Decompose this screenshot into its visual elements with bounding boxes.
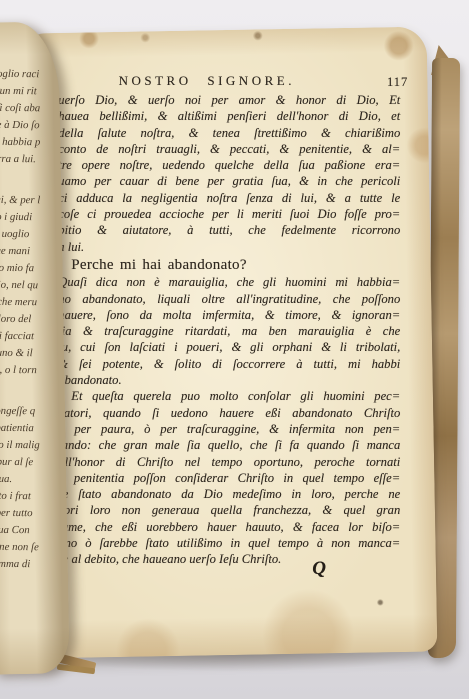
text-line: ogniun mi rit [0, 83, 66, 101]
text-line: all'honor di Chriſto nel tempo oportuno,… [58, 454, 400, 470]
text-line: hauea bellißimi, & altißimi penſieri del… [58, 108, 400, 124]
text-line: re ſtato abandonato da Dio medeſimo in l… [58, 486, 400, 502]
text-line: della ſalute noſtra, & tenea ſtrettißimo… [58, 125, 400, 141]
text-line: uoi [0, 573, 62, 591]
text-line: L [0, 49, 67, 67]
text-line: lle tue mani [0, 243, 65, 261]
text-line: Patiene non ſe [0, 539, 62, 557]
text-line: gno ò ſarebbe ſtato utilißimo in quel te… [58, 535, 400, 551]
text-line: re al debito, che haueano uerſo Ieſu Chr… [58, 551, 400, 567]
text-line: quelche meru [0, 294, 65, 312]
text-line: a lui. [58, 239, 400, 255]
text-line: lume, che eßi uorebbero hauer hauuto, & … [58, 519, 400, 535]
page-number: 117 [387, 74, 408, 90]
text-line: cori loro non generaua quella franchezza… [58, 502, 400, 518]
text-line: Quaſi dica non è marauiglia, che gli huo… [58, 274, 400, 290]
text-line: a azongeſſe q [0, 403, 64, 421]
text-line: to mio, nel qu [0, 277, 65, 295]
printed-text-block: NOSTRO SIGNORE. 117 uerſo Dio, & uerſo n… [58, 73, 400, 568]
text-line: ricorra a lui. [0, 151, 66, 169]
book-page: NOSTRO SIGNORE. 117 uerſo Dio, & uerſo n… [25, 27, 438, 659]
text-line: Ieſu pur al ſe [0, 454, 63, 472]
text-line: ò per paura, ò per traſcuraggine, & infe… [58, 421, 400, 437]
text-line: tre opere noſtre, uedendo quelche della … [58, 157, 400, 173]
text-line: o gli habbia p [0, 134, 66, 152]
previous-page-text-fragments: Lai uoglio raciogniun mi ritndoſi coſi a… [0, 49, 67, 591]
text-line: ndoſi coſi aba [0, 100, 66, 118]
text-line: donato i frat [0, 488, 63, 506]
running-head: NOSTRO SIGNORE. 117 [58, 73, 400, 92]
paragraph-1: uerſo Dio, & uerſo noi per amor & honor … [58, 92, 400, 255]
text-line: i miei, & per l [0, 192, 66, 210]
text-line: hauere, ſono da molta imfermita, & timor… [58, 307, 400, 323]
text-line: l'empatientia [0, 420, 64, 438]
text-line: abandonato. [58, 372, 400, 388]
text-line: andaua. [0, 471, 63, 489]
text-line: conto de noſtri trauagli, & peccati, & p… [58, 141, 400, 157]
text-line: ai uoglio raci [0, 66, 67, 84]
paragraph-2: Quaſi dica non è marauiglia, che gli huo… [58, 274, 400, 388]
signature-mark-q: Q [312, 561, 326, 577]
text-line: uerſo Dio, & uerſo noi per amor & honor … [58, 92, 400, 108]
text-line: corpo mio fa [0, 260, 65, 278]
text-line: on ſomma di [0, 556, 62, 574]
paragraph-3: Et queſta querela puo molto conſolar gli… [58, 388, 400, 567]
text-line: o. Io uoglio [0, 226, 65, 244]
text-line [0, 379, 64, 404]
book-photo: NOSTRO SIGNORE. 117 uerſo Dio, & uerſo n… [0, 0, 469, 699]
text-line: andaua Con [0, 522, 63, 540]
text-line: coſe ci prouedea accioche per li meriti … [58, 206, 400, 222]
text-line: che ſi facciat [0, 328, 64, 346]
text-line: no abandonato, liquali oltre all'ingrati… [58, 291, 400, 307]
text-line: pitio & aiutatore, à tutti, che fedelmen… [58, 222, 400, 238]
text-line: rrere à Dio ſo [0, 117, 66, 135]
text-line: aua per tutto [0, 505, 63, 523]
text-line: Et queſta querela puo molto conſolar gli… [58, 388, 400, 404]
text-line: & ſei potente, & ſolito di ſoccorrere à … [58, 356, 400, 372]
text-line: tu, cui ſon laſciati i poueri, & gli orp… [58, 339, 400, 355]
text-line: ſiano i giudi [0, 209, 65, 227]
text-line: à penitentia poſſon conſiderar Chriſto i… [58, 470, 400, 486]
section-heading: Perche mi hai abandonato? [58, 257, 400, 273]
text-line: uamo per cauar di bene per gratia ſua, &… [58, 173, 400, 189]
text-line: re a loro del [0, 311, 64, 329]
text-line: ci adduca la negligentia noſtra ſenza di… [58, 190, 400, 206]
text-line: sforzo il malig [0, 437, 63, 455]
text-line: ſione, o l torn [0, 362, 64, 380]
text-line: catori, quando ſi uedono hauere eßi aban… [58, 405, 400, 421]
text-line: dell'uno & il [0, 345, 64, 363]
running-head-title: NOSTRO SIGNORE. [119, 73, 295, 88]
previous-page-edge: Lai uoglio raciogniun mi ritndoſi coſi a… [0, 21, 70, 674]
text-line: ſando: che gran male ſia quello, che ſi … [58, 437, 400, 453]
text-line: tia & traſcuraggine ritardati, ma ben ma… [58, 323, 400, 339]
text-line [0, 168, 66, 193]
